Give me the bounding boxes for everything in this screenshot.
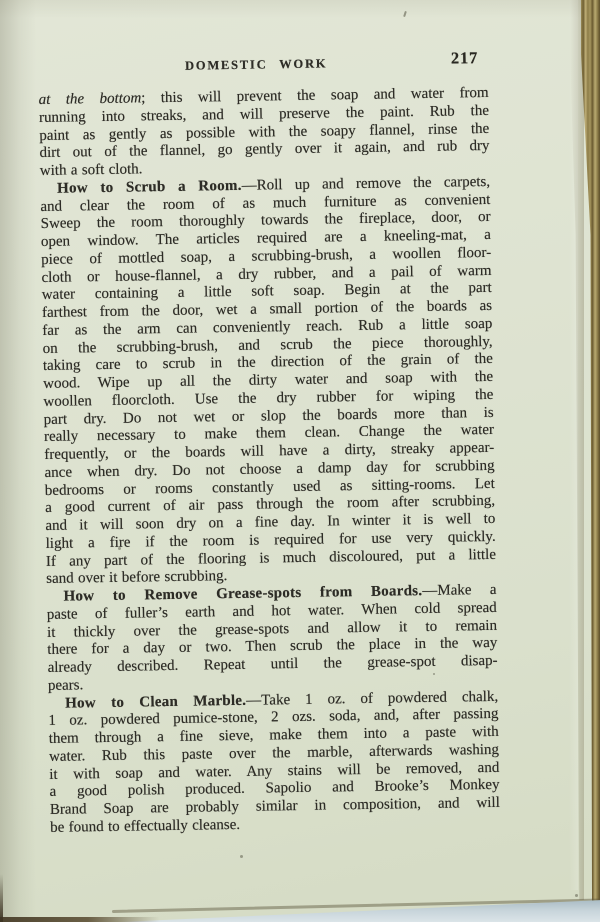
text-segment-regular: —Take 1 oz. of powdered chalk, [246, 688, 498, 708]
text-segment-regular: with a soft cloth. [40, 161, 143, 179]
text-segment-bold: How to Scrub a Room. [57, 178, 242, 197]
running-header-title: DOMESTIC WORK [185, 56, 328, 73]
text-segment-bold: How to Clean Marble. [65, 692, 246, 711]
paper-speck [118, 547, 121, 550]
page-header: DOMESTIC WORK 217 [38, 47, 491, 90]
printed-page-content: DOMESTIC WORK 217 at the bottom; this wi… [38, 47, 502, 838]
left-edge-sliver [0, 874, 3, 922]
book-page-photo: DOMESTIC WORK 217 at the bottom; this wi… [0, 0, 600, 922]
text-segment-regular: be found to effectually cleanse. [50, 817, 240, 836]
top-shadow [0, 0, 600, 18]
bottom-left-shadow [0, 917, 160, 922]
gutter-shadow [0, 0, 36, 922]
text-segment-regular: sand over it before scrubbing. [46, 568, 227, 587]
text-segment-regular: pears. [48, 677, 84, 694]
paper-speck [575, 894, 578, 897]
paper-speck [433, 673, 435, 675]
text-segment-regular: —Make a [422, 582, 496, 599]
paper-speck [240, 855, 243, 858]
text-segment-regular: —Roll up and remove the carpets, [242, 174, 491, 194]
page-number: 217 [451, 48, 478, 68]
text-segment-italic: at the bottom [39, 90, 142, 108]
page-text-block: at the bottom; this will prevent the soa… [39, 85, 501, 837]
